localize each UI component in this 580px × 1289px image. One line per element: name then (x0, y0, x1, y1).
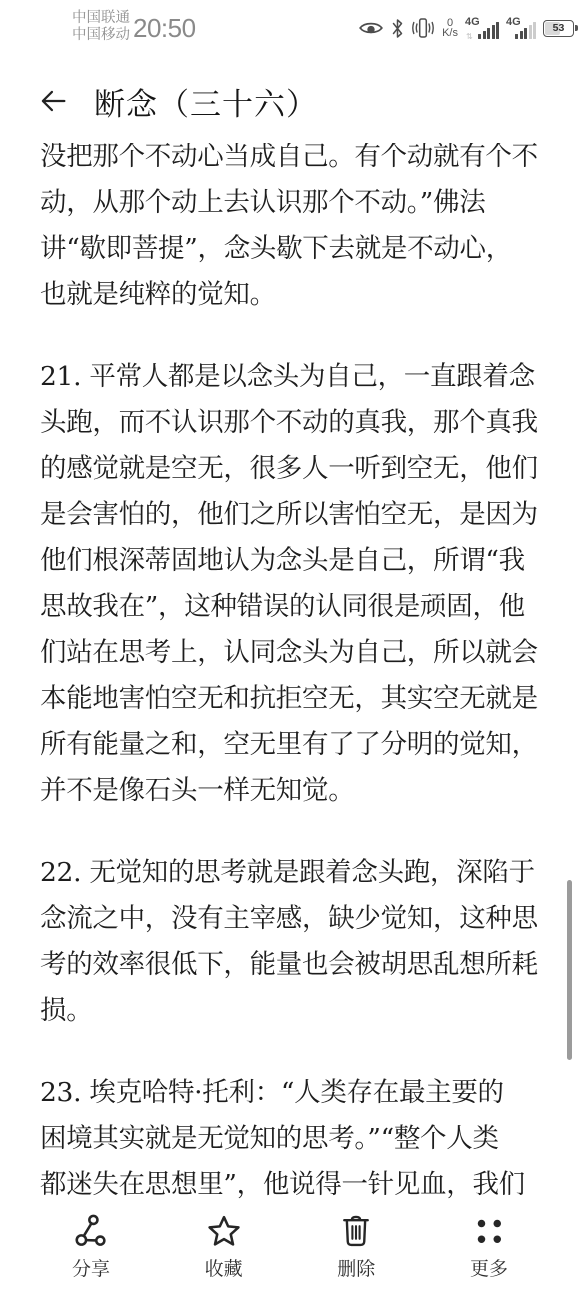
sim2-signal-bars (515, 22, 536, 39)
text-line: 困境其实就是无觉知的思考。”“整个人类 (40, 1116, 544, 1162)
text-line: 没把那个不动心当成自己。有个动就有个不 (40, 143, 544, 180)
bluetooth-icon (391, 18, 404, 39)
paragraph: 21. 平常人都是以念头为自己，一直跟着念头跑，而不认识那个不动的真我，那个真我… (40, 354, 544, 814)
battery-percent: 53 (544, 21, 573, 36)
sim2-signal-icon: 4G (506, 15, 536, 41)
sim1-signal-bars (478, 22, 499, 39)
network-speed: 0 K/s (442, 18, 458, 38)
text-line: 思故我在”，这种错误的认同很是顽固，他 (40, 584, 544, 630)
app-header: 断念（三十六） (0, 62, 580, 140)
status-bar: 中国联通 中国移动 20:50 0 K/s (0, 0, 580, 56)
text-line: 损。 (40, 988, 544, 1034)
text-line: 都迷失在思想里”，他说得一针见血，我们 (40, 1162, 544, 1205)
more-button[interactable]: 更多 (430, 1213, 548, 1281)
text-line: 22. 无觉知的思考就是跟着念头跑，深陷于 (40, 850, 544, 896)
bottom-toolbar: 分享 收藏 删除 更多 (0, 1205, 580, 1289)
text-line: 动，从那个动上去认识那个不动。”佛法 (40, 180, 544, 226)
text-line: 的感觉就是空无，很多人一听到空无，他们 (40, 446, 544, 492)
text-line: 讲“歇即菩提”，念头歇下去就是不动心， (40, 226, 544, 272)
arrow-left-icon (37, 85, 69, 117)
network-speed-unit: K/s (442, 28, 458, 38)
vibrate-icon (411, 17, 435, 39)
battery-icon: 53 (543, 20, 574, 37)
text-line: 们站在思考上，认同念头为自己，所以就会 (40, 630, 544, 676)
scrollbar-thumb[interactable] (567, 880, 572, 1060)
delete-button[interactable]: 删除 (297, 1213, 415, 1281)
carrier-labels: 中国联通 中国移动 (72, 10, 130, 44)
eye-comfort-icon (358, 19, 384, 37)
more-icon (471, 1213, 507, 1249)
text-line: 他们根深蒂固地认为念头是自己，所谓“我 (40, 538, 544, 584)
text-line: 是会害怕的，他们之所以害怕空无，是因为 (40, 492, 544, 538)
carrier-primary: 中国联通 (72, 10, 130, 27)
share-button[interactable]: 分享 (32, 1213, 150, 1281)
page-title: 断念（三十六） (94, 79, 318, 124)
text-line: 考的效率很低下，能量也会被胡思乱想所耗 (40, 942, 544, 988)
trash-icon (338, 1213, 374, 1249)
article-body[interactable]: 没把那个不动心当成自己。有个动就有个不动，从那个动上去认识那个不动。”佛法讲“歇… (40, 143, 544, 1205)
back-button[interactable] (36, 84, 70, 118)
favorite-label: 收藏 (205, 1254, 243, 1281)
text-line: 并不是像石头一样无知觉。 (40, 768, 544, 814)
text-line: 也就是纯粹的觉知。 (40, 272, 544, 318)
delete-label: 删除 (337, 1254, 375, 1281)
text-line: 头跑，而不认识那个不动的真我，那个真我 (40, 400, 544, 446)
data-activity-icon: ⇅ (466, 32, 473, 41)
favorite-button[interactable]: 收藏 (165, 1213, 283, 1281)
sim1-signal-icon: 4G ⇅ (465, 15, 499, 41)
battery-nub (575, 25, 578, 32)
text-line: 21. 平常人都是以念头为自己，一直跟着念 (40, 354, 544, 400)
text-line: 所有能量之和，空无里有了了分明的觉知， (40, 722, 544, 768)
paragraph: 23. 埃克哈特·托利：“人类存在最主要的困境其实就是无觉知的思考。”“整个人类… (40, 1070, 544, 1205)
text-line: 23. 埃克哈特·托利：“人类存在最主要的 (40, 1070, 544, 1116)
more-label: 更多 (470, 1254, 508, 1281)
star-icon (206, 1213, 242, 1249)
status-time: 20:50 (133, 13, 196, 44)
text-line: 念流之中，没有主宰感，缺少觉知，这种思 (40, 896, 544, 942)
text-line: 本能地害怕空无和抗拒空无，其实空无就是 (40, 676, 544, 722)
paragraph: 22. 无觉知的思考就是跟着念头跑，深陷于念流之中，没有主宰感，缺少觉知，这种思… (40, 850, 544, 1034)
status-icons: 0 K/s 4G ⇅ 4G 53 (358, 0, 574, 56)
share-icon (73, 1213, 109, 1249)
carrier-secondary: 中国移动 (72, 27, 130, 44)
paragraph: 没把那个不动心当成自己。有个动就有个不动，从那个动上去认识那个不动。”佛法讲“歇… (40, 143, 544, 318)
share-label: 分享 (72, 1254, 110, 1281)
